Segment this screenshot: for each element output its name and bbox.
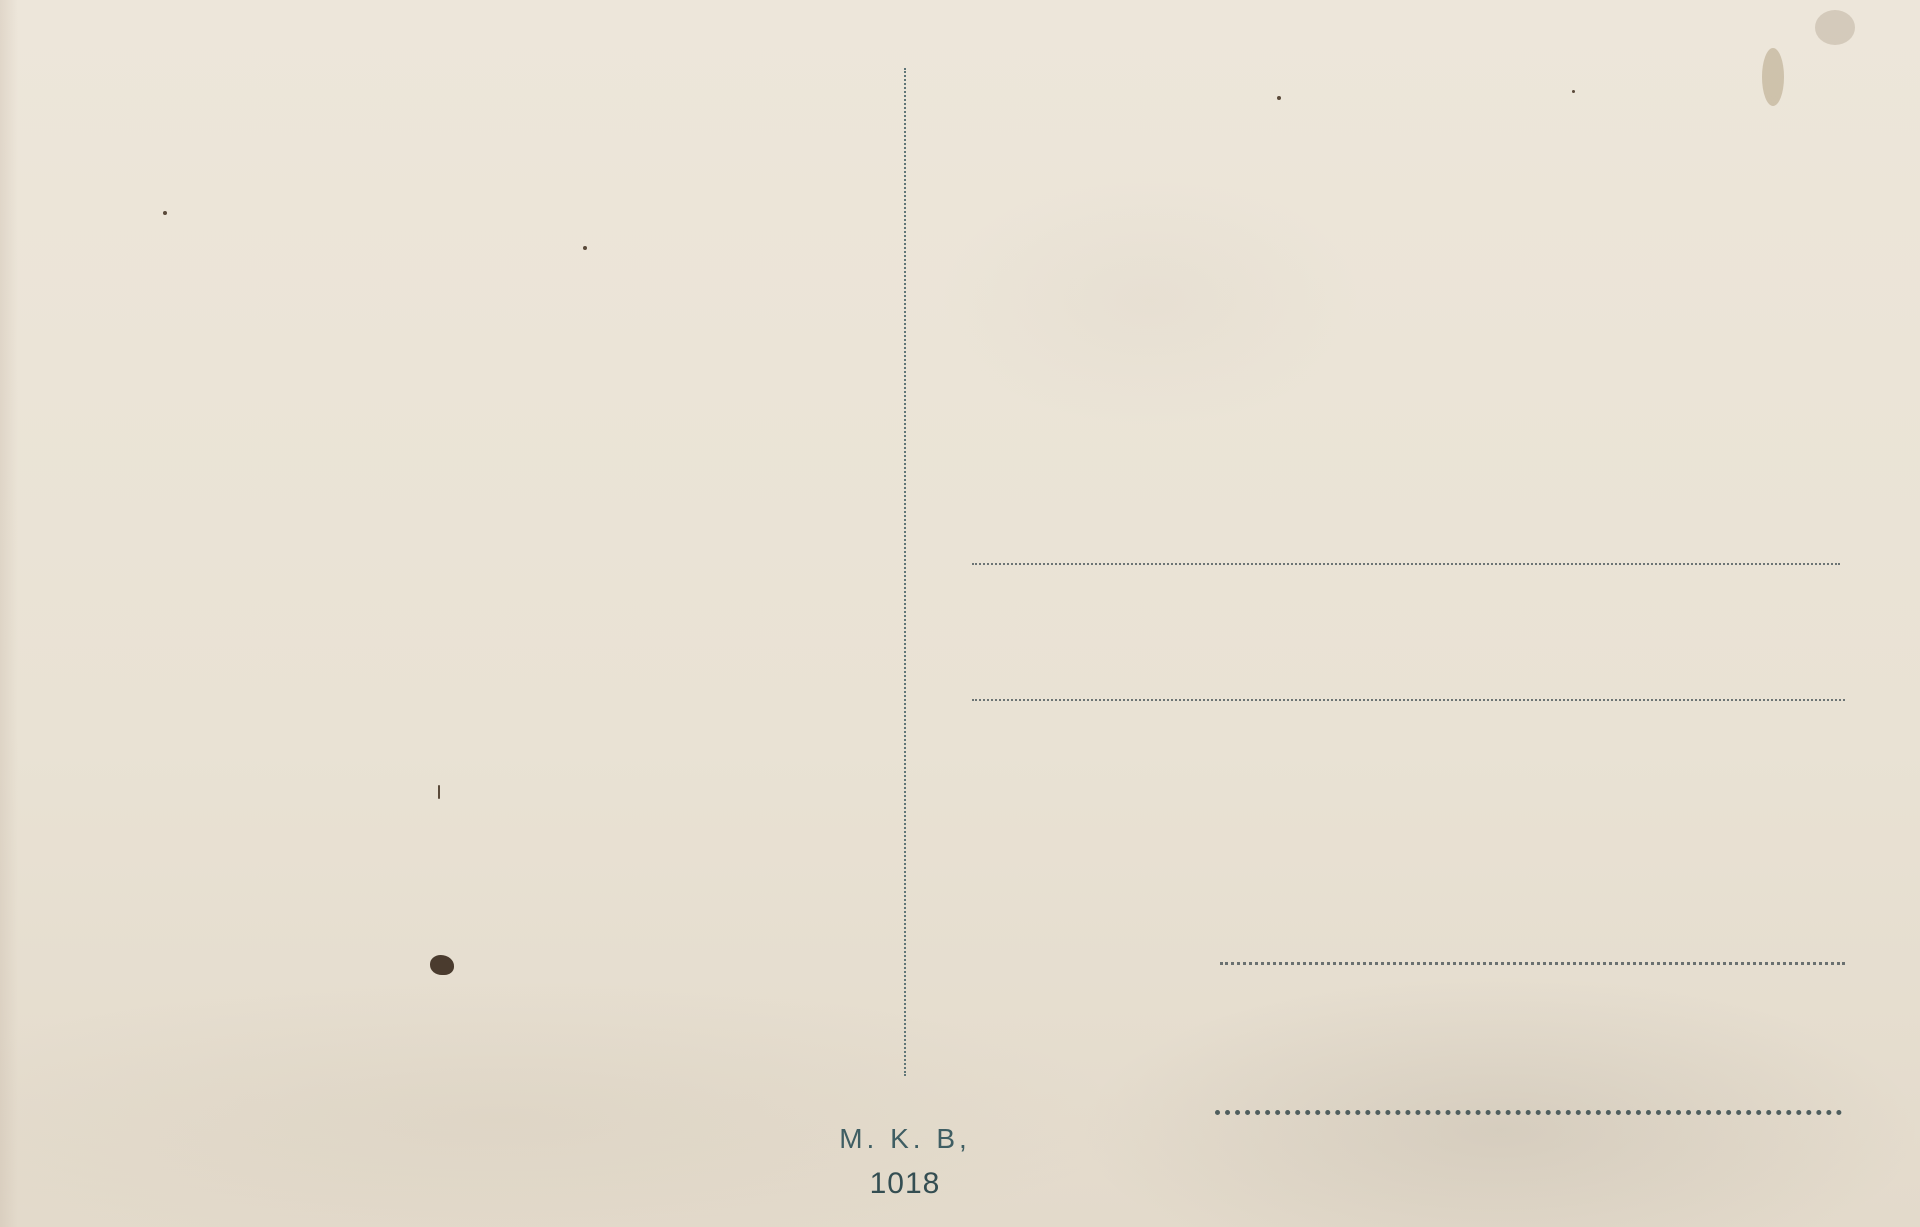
smudge-stain bbox=[1762, 48, 1784, 106]
ink-stain bbox=[430, 955, 454, 975]
center-divider-line bbox=[904, 68, 906, 1076]
address-line-2 bbox=[972, 699, 1845, 701]
address-line-1 bbox=[972, 563, 1840, 565]
speck bbox=[163, 211, 167, 215]
address-line-3 bbox=[1220, 962, 1845, 965]
speck bbox=[1572, 90, 1575, 93]
speck bbox=[583, 246, 587, 250]
publisher-mark: M. K. B, bbox=[830, 1122, 980, 1156]
speck bbox=[438, 785, 440, 799]
speck bbox=[1277, 96, 1281, 100]
address-line-4 bbox=[1215, 1110, 1842, 1115]
paper-edge bbox=[0, 0, 18, 1227]
smudge-stain bbox=[1815, 10, 1855, 45]
serial-number: 1018 bbox=[830, 1166, 980, 1202]
postcard-back: M. K. B, 1018 bbox=[0, 0, 1920, 1227]
